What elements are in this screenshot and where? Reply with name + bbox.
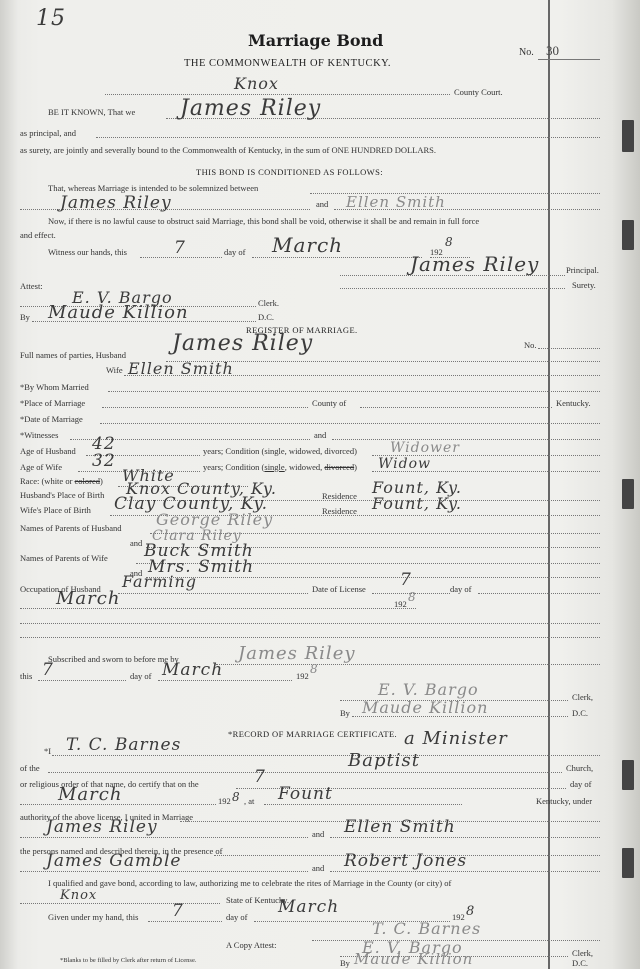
county-field: Knox — [234, 74, 279, 93]
wife-condition-label: years; Condition (single, widowed, divor… — [203, 462, 357, 472]
cert-day-field: 7 — [254, 767, 266, 787]
day-of-label: day of — [450, 584, 471, 594]
year-prefix: 192 — [218, 796, 231, 806]
witness2-field: Robert Jones — [344, 851, 467, 871]
conditioned-heading: THIS BOND IS CONDITIONED AS FOLLOWS: — [196, 167, 383, 177]
deputy-signature: Maude Killion — [48, 302, 189, 323]
age-wife-label: Age of Wife — [20, 462, 62, 472]
cert-party1-field: James Riley — [46, 817, 158, 837]
witness-label: Witness our hands, this — [48, 247, 127, 257]
register-deputy-signature: Maude Killion — [362, 698, 488, 717]
surety-text: as surety, are jointly and severally bou… — [20, 145, 436, 155]
wife-label: Wife — [106, 365, 123, 375]
wife-birth-label: Wife's Place of Birth — [20, 505, 91, 515]
license-year-field: 8 — [408, 590, 417, 604]
county-of-label: County of — [312, 398, 346, 408]
wife-residence-label: Residence — [322, 506, 357, 516]
and-label: and — [316, 199, 328, 209]
license-day-field: 7 — [400, 570, 412, 590]
given-year-field: 8 — [466, 904, 475, 919]
page-tab-mark — [622, 120, 634, 152]
page-tab-mark — [622, 479, 634, 509]
day-of-label: day of — [224, 247, 245, 257]
page-tab-mark — [622, 220, 634, 250]
surety-label: Surety. — [572, 280, 596, 290]
given-day-field: 7 — [172, 901, 184, 921]
now-text: Now, if there is no lawful cause to obst… — [48, 216, 479, 226]
copy-attest-label: A Copy Attest: — [226, 940, 277, 950]
occupation-field: Farming — [122, 572, 197, 591]
church-label: Church, — [566, 763, 593, 773]
given-label: Given under my hand, this — [48, 912, 138, 922]
cert-county-field: Knox — [60, 888, 97, 903]
given-month-field: March — [278, 897, 339, 917]
attest-label: Attest: — [20, 281, 43, 291]
license-label: Date of License — [312, 584, 366, 594]
principal-label: Principal. — [566, 265, 599, 275]
witness-day-field: 7 — [174, 238, 186, 258]
bond-no-label: No. — [519, 47, 534, 58]
wife-name-field: Ellen Smith — [128, 359, 234, 378]
age-husband-label: Age of Husband — [20, 446, 76, 456]
effect-text: and effect. — [20, 230, 56, 240]
husband-birth-label: Husband's Place of Birth — [20, 490, 104, 500]
county-court-label: County Court. — [454, 87, 503, 97]
party2-field: Ellen Smith — [346, 193, 446, 211]
residence-label: Residence — [322, 491, 357, 501]
officiant-field: T. C. Barnes — [66, 735, 181, 755]
and-label: and — [130, 538, 142, 548]
as-principal-label: as principal, and — [20, 128, 76, 138]
register-no-label: No. — [524, 340, 537, 350]
year-prefix: 192 — [394, 599, 407, 609]
clerk-label: Clerk, — [572, 948, 593, 958]
certificate-heading: *RECORD OF MARRIAGE CERTIFICATE. — [228, 729, 397, 739]
dc-label: D.C. — [572, 958, 588, 968]
witness-year-field: 8 — [445, 235, 454, 249]
at-label: , at — [244, 796, 254, 806]
corner-mark: 15 — [36, 6, 66, 31]
sworn-label: Subscribed and sworn to before me by — [48, 654, 179, 664]
binder-line — [548, 0, 550, 969]
by-label: By — [20, 312, 30, 322]
cert-year-field: 8 — [232, 790, 241, 804]
officiant-title-field: a Minister — [404, 728, 508, 749]
marriage-bond-document: 15 Marriage Bond No. 30 THE COMMONWEALTH… — [0, 0, 640, 969]
i-label: *I — [44, 746, 51, 756]
race-label: Race: (white or colored) — [20, 476, 103, 486]
be-it-known-label: BE IT KNOWN, That we — [48, 107, 135, 117]
witness-month-field: March — [272, 233, 343, 257]
sworn-by-field: James Riley — [238, 643, 356, 664]
wife-residence-field: Fount, Ky. — [372, 494, 462, 513]
footnote: *Blanks to be filled by Clerk after retu… — [60, 957, 196, 964]
years-condition-label: years; Condition (single, widowed, divor… — [203, 446, 357, 456]
sworn-day-field: 7 — [42, 660, 54, 680]
register-clerk-signature: E. V. Bargo — [378, 680, 479, 699]
day-of-label: day of — [130, 671, 151, 681]
age-wife-field: 32 — [92, 451, 116, 471]
qualified-text: I qualified and gave bond, according to … — [48, 878, 451, 888]
and-label: and — [314, 430, 326, 440]
officiant-signature: T. C. Barnes — [372, 919, 481, 938]
church-field: Baptist — [348, 750, 420, 771]
bond-number: 30 — [546, 43, 559, 59]
wife-parents-label: Names of Parents of Wife — [20, 553, 108, 563]
page-tab-mark — [622, 760, 634, 790]
and-label: and — [312, 829, 324, 839]
kentucky-under-label: Kentucky, under — [536, 796, 592, 806]
clerk-label: Clerk, — [572, 692, 593, 702]
year-prefix: 192 — [296, 671, 309, 681]
full-names-label: Full names of parties, Husband — [20, 350, 126, 360]
license-month-field: March — [56, 588, 120, 609]
dc-label: D.C. — [572, 708, 588, 718]
place-label: *Place of Marriage — [20, 398, 85, 408]
principal-signature: James Riley — [410, 252, 539, 276]
and-label: and — [312, 863, 324, 873]
cert-month-field: March — [58, 784, 122, 805]
cert-deputy-signature: Maude Killion — [354, 950, 473, 968]
party1-field: James Riley — [60, 193, 172, 213]
husband-name-field: James Riley — [172, 331, 313, 356]
by-whom-label: *By Whom Married — [20, 382, 89, 392]
dc-label: D.C. — [258, 312, 274, 322]
cert-place-field: Fount — [278, 784, 333, 804]
principal-name-field: James Riley — [180, 96, 321, 121]
cert-party2-field: Ellen Smith — [344, 817, 456, 837]
this-label: this — [20, 671, 32, 681]
bond-title: Marriage Bond — [248, 31, 383, 50]
day-of-label: day of — [226, 912, 247, 922]
clerk-label: Clerk. — [258, 298, 279, 308]
whereas-text: That, whereas Marriage is intended to be… — [48, 183, 258, 193]
day-of-label: day of — [570, 779, 591, 789]
of-the-label: of the — [20, 763, 40, 773]
husband-condition-field: Widower — [390, 440, 460, 456]
date-label: *Date of Marriage — [20, 414, 83, 424]
witness1-field: James Gamble — [46, 851, 181, 871]
husband-parent1-field: George Riley — [156, 510, 273, 529]
sworn-month-field: March — [162, 660, 223, 680]
husband-parents-label: Names of Parents of Husband — [20, 523, 122, 533]
sworn-year-field: 8 — [310, 662, 319, 676]
by-label: By — [340, 708, 350, 718]
page-tab-mark — [622, 848, 634, 878]
witnesses-label: *Witnesses — [20, 430, 58, 440]
by-label: By — [340, 958, 350, 968]
kentucky-label: Kentucky. — [556, 398, 591, 408]
wife-condition-field: Widow — [378, 456, 431, 472]
bond-subtitle: THE COMMONWEALTH OF KENTUCKY. — [184, 58, 391, 69]
